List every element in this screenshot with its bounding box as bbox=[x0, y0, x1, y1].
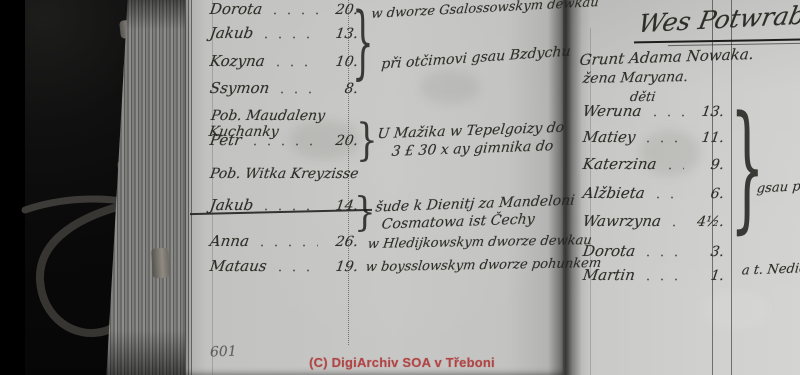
dotted-leader bbox=[259, 27, 318, 42]
register-row: Petr 20. bbox=[210, 131, 358, 149]
person-name: Ssymon bbox=[209, 79, 271, 97]
register-row: Jakub 13. bbox=[210, 24, 358, 42]
person-name: Dorota bbox=[209, 0, 264, 18]
dotted-leader bbox=[651, 187, 684, 202]
age-value: 20. bbox=[323, 133, 359, 149]
paper-stain bbox=[700, 290, 770, 330]
person-name: Petr bbox=[209, 131, 243, 149]
age-value: 13. bbox=[689, 104, 725, 120]
person-name: Pob. Witka Kreyzisse bbox=[209, 166, 360, 182]
person-name: Alžbieta bbox=[582, 184, 646, 202]
clasp-tab bbox=[151, 248, 170, 279]
age-value: 9. bbox=[689, 157, 725, 173]
register-row: Anna 26. bbox=[210, 232, 358, 250]
paper-stain bbox=[420, 70, 480, 104]
dotted-leader bbox=[271, 55, 318, 70]
register-row: Kozyna 10. bbox=[210, 52, 358, 70]
curly-brace: } bbox=[356, 118, 378, 162]
wife-line: žena Maryana. bbox=[582, 69, 689, 87]
pencil-folio-number: 601 bbox=[210, 344, 237, 361]
dotted-leader bbox=[275, 82, 318, 97]
register-row: Wawrzyna 4½. bbox=[583, 212, 724, 230]
person-name: Matiey bbox=[582, 128, 637, 146]
register-row: Ssymon 8. bbox=[210, 79, 358, 97]
watermark-text: (C) DigiArchiv SOA v Třeboni bbox=[290, 355, 514, 370]
person-name: Dorota bbox=[582, 242, 637, 260]
person-name: Jakub bbox=[209, 24, 255, 42]
register-row: Katerzina 9. bbox=[583, 155, 724, 173]
dotted-leader bbox=[648, 105, 684, 120]
dotted-leader bbox=[663, 158, 684, 173]
dotted-leader bbox=[641, 245, 684, 260]
age-value: 3. bbox=[689, 244, 725, 260]
register-row: Matiey 11. bbox=[583, 128, 724, 146]
person-name: Katerzina bbox=[582, 155, 658, 173]
brace-note: gsau przi bbox=[756, 178, 800, 196]
person-name: Weruna bbox=[582, 102, 643, 120]
register-row: Martin 1. bbox=[583, 266, 724, 284]
dotted-leader bbox=[641, 269, 684, 284]
dotted-leader bbox=[255, 235, 318, 250]
register-row: Alžbieta 6. bbox=[583, 184, 724, 202]
age-value: 6. bbox=[689, 186, 725, 202]
age-value: 26. bbox=[323, 234, 359, 250]
curly-brace: } bbox=[730, 100, 765, 238]
person-name: Martin bbox=[582, 266, 636, 284]
dotted-leader bbox=[268, 3, 318, 18]
age-value: 1. bbox=[689, 268, 725, 284]
dotted-leader bbox=[248, 134, 319, 149]
age-value: 11. bbox=[689, 130, 725, 146]
age-value: 19. bbox=[323, 259, 359, 275]
person-name: Anna bbox=[209, 232, 251, 250]
register-row: Dorota 20. bbox=[210, 0, 358, 18]
dotted-leader bbox=[273, 260, 318, 275]
curly-brace: } bbox=[354, 192, 376, 232]
register-row: Mataus 19. bbox=[210, 257, 358, 275]
residence-note: a t. Nedielce bbox=[741, 261, 800, 279]
dotted-leader bbox=[667, 215, 684, 230]
register-row: Weruna 13. bbox=[583, 102, 724, 120]
age-value: 4½. bbox=[689, 214, 725, 230]
person-name: Wawrzyna bbox=[582, 212, 663, 230]
register-row: Dorota 3. bbox=[583, 242, 724, 260]
person-name: Mataus bbox=[209, 257, 268, 275]
register-row: Pob. Witka Kreyzisse bbox=[210, 166, 380, 182]
person-name: Kozyna bbox=[209, 52, 266, 70]
dotted-leader bbox=[641, 131, 684, 146]
scanned-register-photo: Dorota 20. Jakub 13. Kozyna 10. Ssymon 8… bbox=[0, 0, 800, 375]
